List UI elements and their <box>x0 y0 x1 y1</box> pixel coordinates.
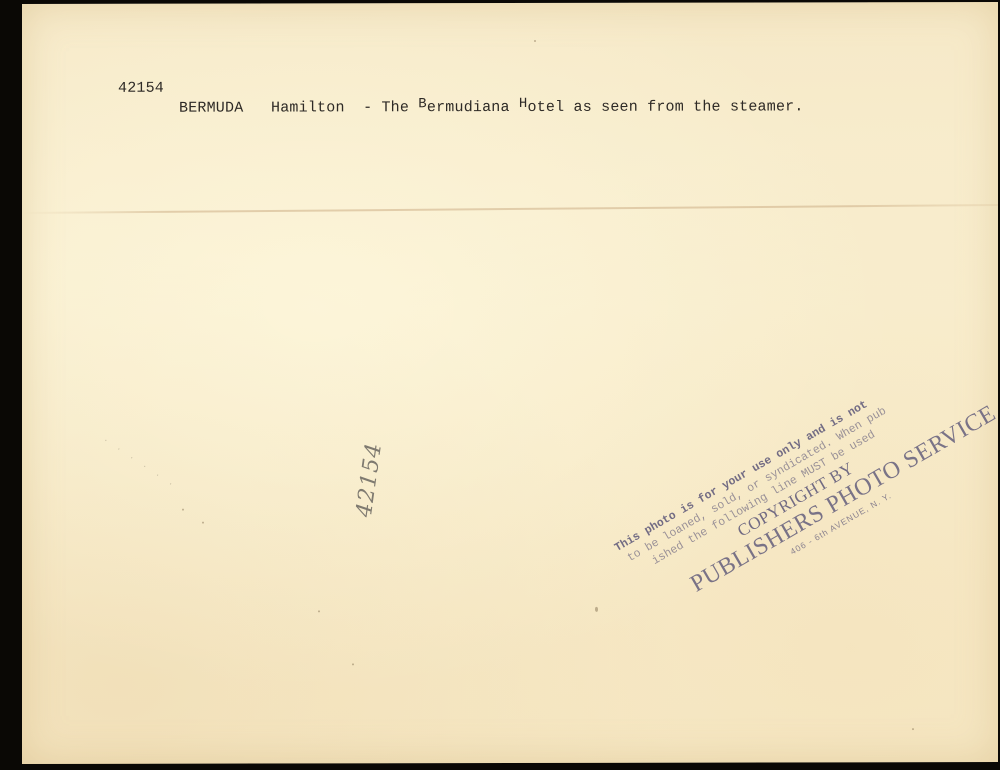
caption-description-part2: ermudiana <box>427 99 519 116</box>
caption-description-sup2: H <box>519 96 528 112</box>
caption-description-part1: The <box>381 99 418 116</box>
typed-caption: BERMUDA Hamilton - The Bermudiana Hotel … <box>179 98 804 116</box>
catalog-number: 42154 <box>118 80 164 97</box>
handwritten-catalog-number: 42154 <box>352 441 387 519</box>
paper-speck <box>202 522 204 524</box>
scanned-card-image: 42154 BERMUDA Hamilton - The Bermudiana … <box>0 0 1000 770</box>
caption-country: BERMUDA <box>179 100 243 117</box>
copyright-stamp: This photo is for your use only and is n… <box>612 362 976 633</box>
paper-speck <box>595 607 598 612</box>
paper-speck <box>912 728 914 730</box>
faded-offset-mark: · · · · · · <box>101 436 177 491</box>
caption-separator: - <box>363 99 372 116</box>
caption-city: Hamilton <box>271 99 345 116</box>
caption-description-sup1: B <box>418 96 427 112</box>
paper-speck <box>534 40 536 42</box>
paper-speck <box>352 663 354 665</box>
paper-speck <box>182 509 184 511</box>
photo-card-back: 42154 BERMUDA Hamilton - The Bermudiana … <box>22 2 998 764</box>
paper-speck <box>318 610 320 612</box>
caption-description-part3: otel as seen from the steamer. <box>528 98 804 116</box>
fold-crease <box>22 204 998 214</box>
